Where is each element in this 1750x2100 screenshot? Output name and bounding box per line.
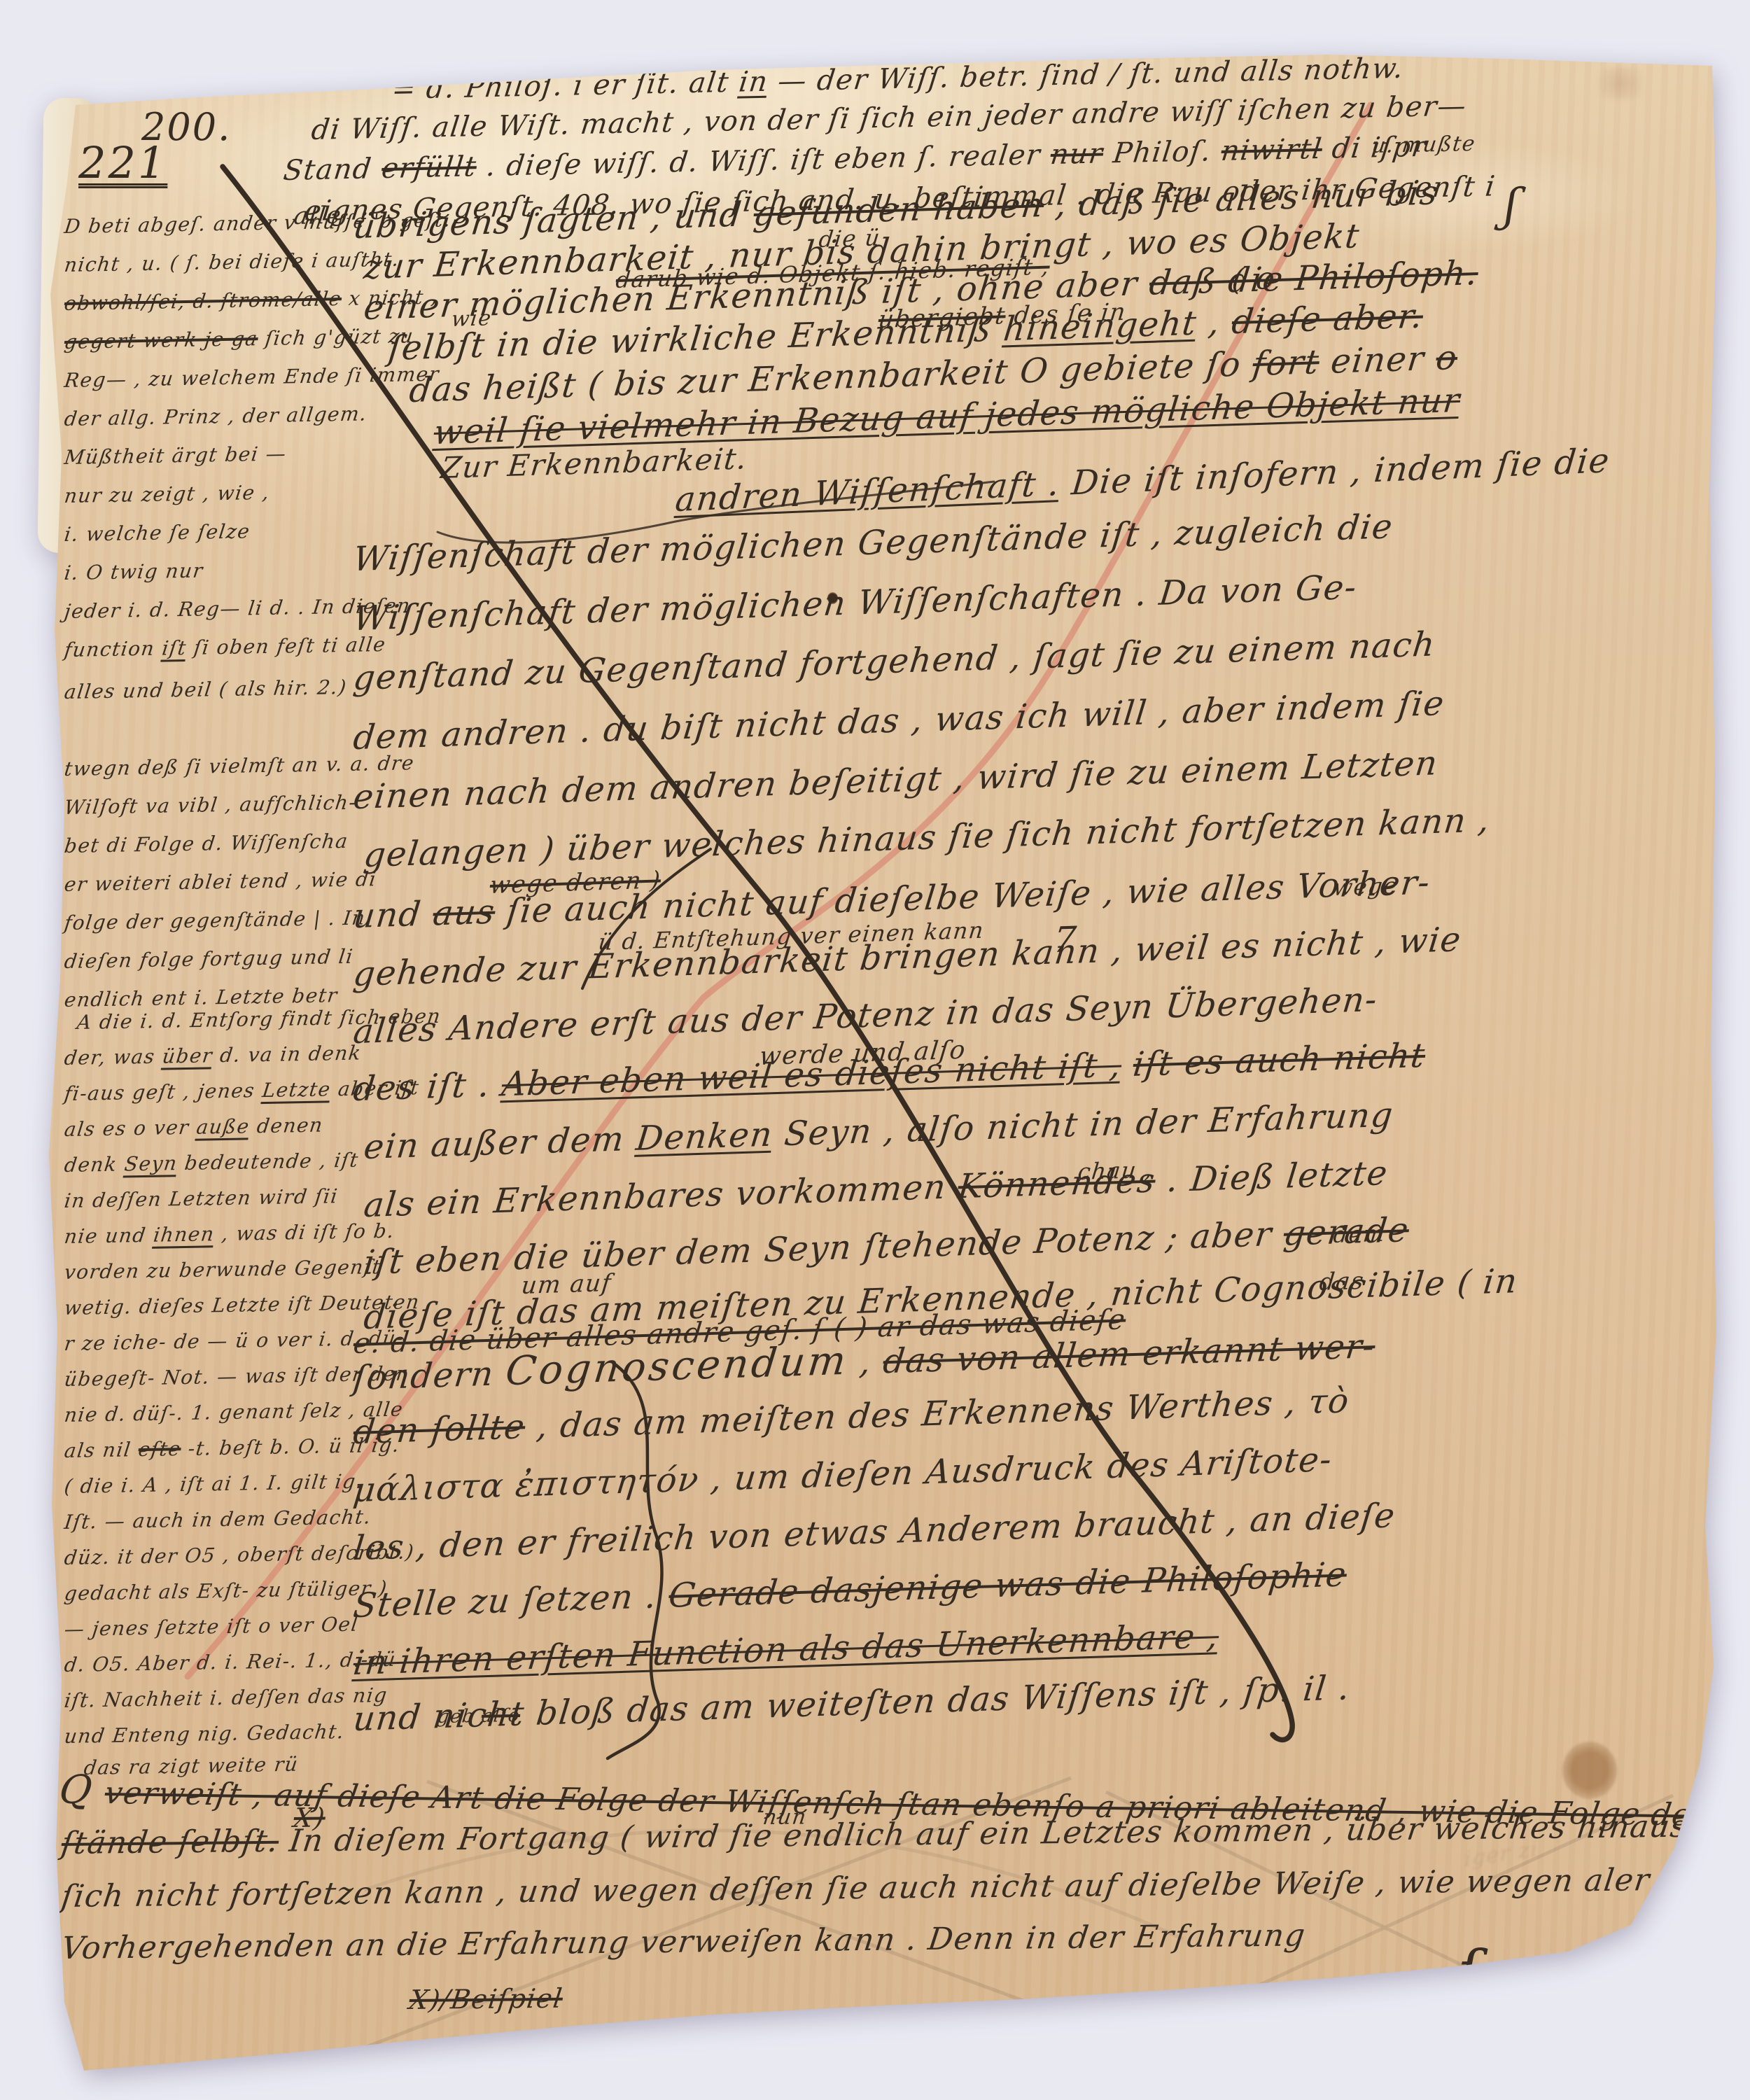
handwriting-segment: als nil xyxy=(63,1438,140,1462)
handwriting-segment: folge der gegenſtände | . In xyxy=(63,906,367,934)
handwriting-line: einen nach dem andren beſeitigt , wird ſ… xyxy=(351,746,1440,814)
handwriting-line: — jenes ſetzte iſt o ver Oel xyxy=(63,1615,359,1639)
handwriting-segment: nur xyxy=(1049,137,1105,171)
handwriting-segment: genſtand zu Gegenſtand fortgehend , ſagt… xyxy=(351,624,1438,698)
handwriting-line: twegn deß ſi vielmſt an v. a. dre xyxy=(63,753,415,779)
handwriting-segment: dieſe aber. xyxy=(1230,296,1425,342)
scanned-manuscript-screenshot: { "document": { "type_label": "handwritt… xyxy=(0,0,1750,2100)
handwriting-line: nie und ihnen , was di iſt ſo b. xyxy=(63,1221,395,1247)
handwriting-segment: Letzte xyxy=(261,1077,332,1102)
section-number: 200. xyxy=(141,105,231,149)
handwriting-line: da er befind il . xyxy=(1140,1997,1322,2024)
handwriting-line: gedacht als Exſt- zu ſtüliger ) xyxy=(63,1578,388,1604)
handwriting-segment: Seyn xyxy=(123,1151,179,1175)
handwriting-line: bet di Folge d. Wiſſenſcha xyxy=(63,832,349,856)
handwriting-line: Reg— , zu welchem Ende ſi immer xyxy=(63,365,440,391)
handwriting-segment: ſtände ſelbſt. xyxy=(59,1823,281,1861)
handwriting-segment: wege xyxy=(1332,872,1399,901)
handwriting-segment: Reg— , zu welchem Ende ſi immer xyxy=(63,363,441,392)
handwriting-line: ( die i. A , iſt ai 1. I. gilt ig. xyxy=(63,1472,365,1497)
handwriting-segment: iſt. Nachheit i. deſſen das nig xyxy=(63,1683,389,1712)
handwriting-segment: Philoſ. xyxy=(1101,135,1223,170)
handwriting-segment: gefunden haben xyxy=(752,185,1046,234)
handwriting-segment: das xyxy=(1318,1267,1366,1296)
handwriting-line: um auf xyxy=(520,1271,612,1298)
handwriting-segment: dem andren . du biſt nicht das , was ich… xyxy=(351,684,1447,757)
handwriting-segment: ( die i. A , iſt ai 1. I. gilt ig. xyxy=(63,1470,365,1499)
handwriting-segment: Stelle zu ſetzen . xyxy=(351,1576,671,1625)
handwriting-segment: d. O5. Aber d. i. Rei-. 1., d.-dü xyxy=(63,1648,398,1676)
handwriting-segment: les , den er freilich von etwas Anderem … xyxy=(351,1496,1397,1568)
handwriting-segment: iſt es auch nicht xyxy=(1131,1036,1427,1084)
handwriting-line: Müßtheit ärgt bei — xyxy=(63,444,288,468)
handwriting-segment: X)/Beiſpiel xyxy=(407,1983,565,2015)
handwriting-line: und nicht bloß das am weiteſten das Wiſſ… xyxy=(351,1671,1352,1736)
handwriting-segment: in deſſen Letzten wird ſii xyxy=(63,1184,339,1212)
handwriting-line: der, was über d. va in denk xyxy=(63,1044,363,1068)
handwriting-line: les , den er freilich von etwas Anderem … xyxy=(351,1499,1397,1565)
handwriting-segment: dieſen folge fortgug und li xyxy=(63,945,355,973)
handwriting-line: gegert werk je ga ſich g'güzt zu xyxy=(63,326,415,352)
handwriting-segment: ihnen xyxy=(152,1222,216,1247)
handwriting-line: X)/Beiſpiel xyxy=(408,1985,565,2013)
handwriting-line: Wiſſenſchaft der möglichen Wiſſenſchafte… xyxy=(351,570,1359,636)
handwriting-line: dem xyxy=(1332,1222,1387,1246)
handwriting-line: Wiſſenſchaft der möglichen Gegenſtände i… xyxy=(351,510,1394,576)
handwriting-segment: obwohl/ſei, d. xyxy=(63,289,223,315)
handwriting-line: und Enteng nig. Gedacht. xyxy=(63,1722,346,1746)
handwriting-segment: ſtrome/alle xyxy=(220,287,343,312)
handwriting-line: d. O5. Aber d. i. Rei-. 1., d.-dü xyxy=(63,1650,397,1675)
handwriting-line: wie xyxy=(450,308,493,330)
handwriting-segment: i. welche ſe ſelze xyxy=(63,519,252,546)
handwriting-line: denk Seyn bedeutende , iſt xyxy=(63,1151,360,1175)
handwriting-segment: iſt eben die über dem Seyn ſtehende Pote… xyxy=(362,1214,1286,1283)
handwriting-segment: o xyxy=(1434,338,1459,378)
handwriting-line: il ei ..g il zi pee xyxy=(684,2068,892,2096)
handwriting-segment: eſte xyxy=(137,1437,183,1461)
handwriting-segment: Denken xyxy=(634,1115,775,1158)
handwriting-segment: , xyxy=(1195,302,1234,343)
handwriting-segment: ein außer dem xyxy=(362,1119,638,1167)
handwriting-segment: Wiſſenſchaft der möglichen Wiſſenſchafte… xyxy=(351,568,1359,638)
handwriting-line: nur zu zeigt , wie , xyxy=(63,483,271,506)
handwriting-segment: werk je ga xyxy=(142,327,260,352)
handwriting-segment: Gerade dasjenige was die Philoſophie xyxy=(666,1555,1348,1616)
handwriting-segment: ſondern xyxy=(351,1354,508,1398)
footer-note: p. f. unten xyxy=(1506,1987,1644,2017)
handwriting-segment: da er befind il . xyxy=(1140,1995,1322,2026)
handwriting-line: ( o xyxy=(1231,263,1277,295)
handwriting-segment: der, was xyxy=(63,1045,164,1070)
handwriting-segment: nur zu zeigt , wie , xyxy=(63,481,272,507)
handwriting-segment: alles und beil ( als hir. 2.) xyxy=(63,675,349,703)
handwriting-segment: . Dieß letzte xyxy=(1154,1154,1390,1200)
handwriting-line: wege xyxy=(1332,874,1399,899)
handwriting-segment: — der Wiſſ. betr. ſind / ſt. und alls no… xyxy=(766,52,1406,98)
handwriting-segment: Seyn , alſo nicht in der Erfahrung xyxy=(771,1095,1396,1154)
handwriting-segment: vorden zu berwunde Gegenſt xyxy=(63,1255,383,1284)
handwriting-segment: Wiſſenſchaft der möglichen Gegenſtände i… xyxy=(351,507,1395,579)
handwriting-segment: Müßtheit ärgt bei — xyxy=(63,442,288,469)
handwriting-line: μάλιστα ἐπιστητόν , um dieſen Ausdruck d… xyxy=(351,1443,1333,1507)
handwriting-line: Zur Erkennbarkeit. xyxy=(440,444,749,483)
handwriting-segment: den ſollte xyxy=(351,1407,527,1452)
handwriting-line: den ſollte , das am meiſten des Erkennen… xyxy=(351,1384,1351,1449)
handwriting-segment: function xyxy=(63,637,164,662)
handwriting-segment: Die iſt inſofern , indem ſie die xyxy=(1058,441,1611,503)
handwriting-segment: dem xyxy=(1332,1220,1387,1248)
handwriting-segment: , xyxy=(846,1342,885,1382)
handwriting-line: der allg. Prinz , der allgem. xyxy=(63,404,368,429)
handwriting-line: Wilſoft va vibl , aufſchlich- xyxy=(63,793,358,818)
handwriting-segment: i. O twig nur xyxy=(63,559,205,584)
handwriting-segment: wie xyxy=(450,306,493,332)
handwriting-line: die ü xyxy=(818,226,881,251)
handwriting-segment: niwirtl xyxy=(1219,133,1324,167)
handwriting-segment: — jenes ſetzte iſt o ver Oel xyxy=(63,1613,360,1641)
handwriting-line: iſt. Nachheit i. deſſen das nig xyxy=(63,1686,388,1711)
handwriting-line: das ra zigt weite rü xyxy=(83,1755,300,1778)
handwriting-line: nicht , u. ( ſ. bei dieſe i auſtht. xyxy=(63,250,400,275)
handwriting-line: vorden zu berwunde Gegenſt xyxy=(63,1257,382,1282)
handwriting-segment: Wilſoft va vibl , aufſchlich- xyxy=(63,791,358,819)
handwriting-segment: fort xyxy=(1251,342,1322,384)
handwriting-line: par nig · Hewelt il da ving , xyxy=(446,2030,790,2061)
handwriting-line: als es o ver auße denen xyxy=(63,1116,324,1140)
handwriting-line: genſtand zu Gegenſtand fortgehend , ſagt… xyxy=(351,627,1437,695)
handwriting-segment: il ei ..g il zi pee xyxy=(684,2066,892,2098)
handwriting-segment: ſich nicht fortſetzen kann , und wegen d… xyxy=(59,1862,1653,1914)
handwriting-segment: ( o xyxy=(1230,260,1277,297)
handwriting-line: folge der gegenſtände | . In xyxy=(63,908,367,933)
handwriting-segment: einen nach dem andren beſeitigt , wird ſ… xyxy=(351,743,1440,817)
handwriting-segment: der allg. Prinz , der allgem. xyxy=(63,402,369,430)
footer-swash-mark: ſ xyxy=(1457,1938,1479,2006)
handwriting-segment: Iſt. — auch in dem Gedacht. xyxy=(63,1505,372,1534)
handwriting-line: in deſſen Letzten wird ſii xyxy=(63,1186,339,1211)
handwriting-segment: er weiteri ablei tend , wie di xyxy=(63,867,378,896)
handwriting-segment: denen xyxy=(248,1114,325,1138)
handwriting-segment: in xyxy=(737,66,770,99)
paper-sheet: 221 200. ſ p. f. unten = d. Philoſ. i er… xyxy=(0,0,1750,2100)
handwriting-segment: bedeutende , iſt xyxy=(176,1149,360,1175)
handwriting-line: dieſen folge fortgug und li xyxy=(63,947,354,972)
handwriting-segment: . dieſe wiſſ. d. Wiſſ. iſt eben ſ. reale… xyxy=(475,139,1053,183)
handwriting-line: nie d. düſ-. 1. genant ſelz , alle xyxy=(63,1400,405,1426)
handwriting-segment: auße xyxy=(195,1114,251,1138)
handwriting-segment: gedacht als Exſt- zu ſtüliger ) xyxy=(63,1576,389,1605)
handwriting-segment: des ſe in xyxy=(1004,298,1128,330)
handwriting-line: gelangen ) über welches hinaus ſie ſich … xyxy=(362,803,1492,872)
handwriting-line: i. welche ſe ſelze xyxy=(63,521,251,545)
handwriting-segment: als es o ver xyxy=(63,1116,198,1141)
handwriting-line: alles und beil ( als hir. 2.) xyxy=(63,678,348,702)
handwriting-segment: als ein Erkennbares vorkommen xyxy=(362,1167,960,1225)
handwriting-segment: nie d. düſ-. 1. genant ſelz , alle xyxy=(63,1398,405,1427)
handwriting-segment: d. va in denk xyxy=(211,1042,363,1067)
manuscript-sheet: 221 200. ſ p. f. unten = d. Philoſ. i er… xyxy=(0,0,1750,2100)
handwriting-segment: und Enteng nig. Gedacht. xyxy=(63,1720,346,1748)
handwriting-segment: nicht , u. ( ſ. bei dieſe i auſtht. xyxy=(63,248,401,276)
handwriting-segment: Cognoscendum xyxy=(503,1338,850,1395)
handwriting-segment: bet di Folge d. Wiſſenſcha xyxy=(63,829,350,857)
handwriting-line: function iſt ſi oben feſt ti alle xyxy=(63,635,387,660)
handwriting-segment: Vorhergehenden an die Erfahrung verweiſe… xyxy=(59,1917,1308,1966)
handwriting-segment: denk xyxy=(63,1152,126,1177)
handwriting-segment: einer xyxy=(1317,339,1438,381)
handwriting-segment: und xyxy=(351,894,435,936)
handwriting-line: ein außer dem Denken Seyn , alſo nicht i… xyxy=(362,1098,1395,1164)
handwriting-line: i. O twig nur xyxy=(63,561,204,584)
handwriting-segment: ʃ xyxy=(1502,180,1522,232)
handwriting-segment: in ihren erſten Function als das Unerken… xyxy=(351,1616,1221,1683)
handwriting-layer: 221 200. ſ p. f. unten = d. Philoſ. i er… xyxy=(0,0,1750,2100)
handwriting-segment: , das am meiſten des Erkennens Werthes ,… xyxy=(523,1381,1352,1446)
handwriting-line: Vorhergehenden an die Erfahrung verweiſe… xyxy=(59,1920,1308,1964)
handwriting-line: dem andren . du biſt nicht das , was ich… xyxy=(351,687,1446,755)
handwriting-line: andren Wiſſenſchaft . Die iſt inſofern ,… xyxy=(674,444,1611,517)
handwriting-segment: fi-aus geſt , jenes xyxy=(63,1079,264,1105)
handwriting-line: in ihren erſten Function als das Unerken… xyxy=(351,1619,1220,1680)
handwriting-line: ʃ xyxy=(1502,183,1521,229)
handwriting-segment: die ü xyxy=(818,224,882,253)
handwriting-line: ſich nicht fortſetzen kann , und wegen d… xyxy=(59,1865,1652,1912)
handwriting-line: er weiteri ablei tend , wie di xyxy=(63,869,378,895)
handwriting-segment: übergiebt xyxy=(877,302,1007,334)
handwriting-segment: iſt xyxy=(161,636,188,660)
handwriting-segment: nie und xyxy=(63,1224,155,1248)
handwriting-line: als ein Erkennbares vorkommen Könnendes … xyxy=(362,1156,1389,1222)
handwriting-segment: und nicht bloß das am weiteſten das Wiſſ… xyxy=(351,1668,1352,1739)
handwriting-segment: μάλιστα ἐπιστητόν , um dieſen Ausdruck d… xyxy=(351,1440,1334,1510)
handwriting-segment: par nig · Hewelt il da ving , xyxy=(446,2028,791,2064)
handwriting-line: u. mußte xyxy=(1371,134,1477,157)
handwriting-segment: Q xyxy=(57,1767,96,1813)
handwriting-segment: u. mußte xyxy=(1371,132,1477,158)
handwriting-line: übergiebt des ſe in xyxy=(877,300,1128,332)
handwriting-segment: = d. Philoſ. i er ſit. alt xyxy=(390,66,741,106)
handwriting-segment: des iſt . xyxy=(351,1065,504,1109)
handwriting-segment: über xyxy=(161,1044,214,1067)
handwriting-segment: gegert xyxy=(63,329,145,353)
handwriting-line: Q xyxy=(57,1770,95,1810)
handwriting-segment: gelangen ) über welches hinaus ſie ſich … xyxy=(362,800,1492,875)
handwriting-line: Iſt. — auch in dem Gedacht. xyxy=(63,1507,372,1532)
handwriting-segment: aus xyxy=(431,892,498,934)
handwriting-segment: Stand xyxy=(281,153,384,187)
handwriting-segment: erfüllt xyxy=(380,150,479,185)
handwriting-line: als nil eſte -t. beſt b. O. ü il ig. xyxy=(63,1436,401,1461)
handwriting-segment: um auf xyxy=(520,1269,613,1300)
handwriting-segment: Könnendes xyxy=(956,1161,1158,1206)
handwriting-line: Stelle zu ſetzen . Gerade dasjenige was … xyxy=(351,1557,1348,1623)
handwriting-line: das xyxy=(1318,1269,1366,1294)
